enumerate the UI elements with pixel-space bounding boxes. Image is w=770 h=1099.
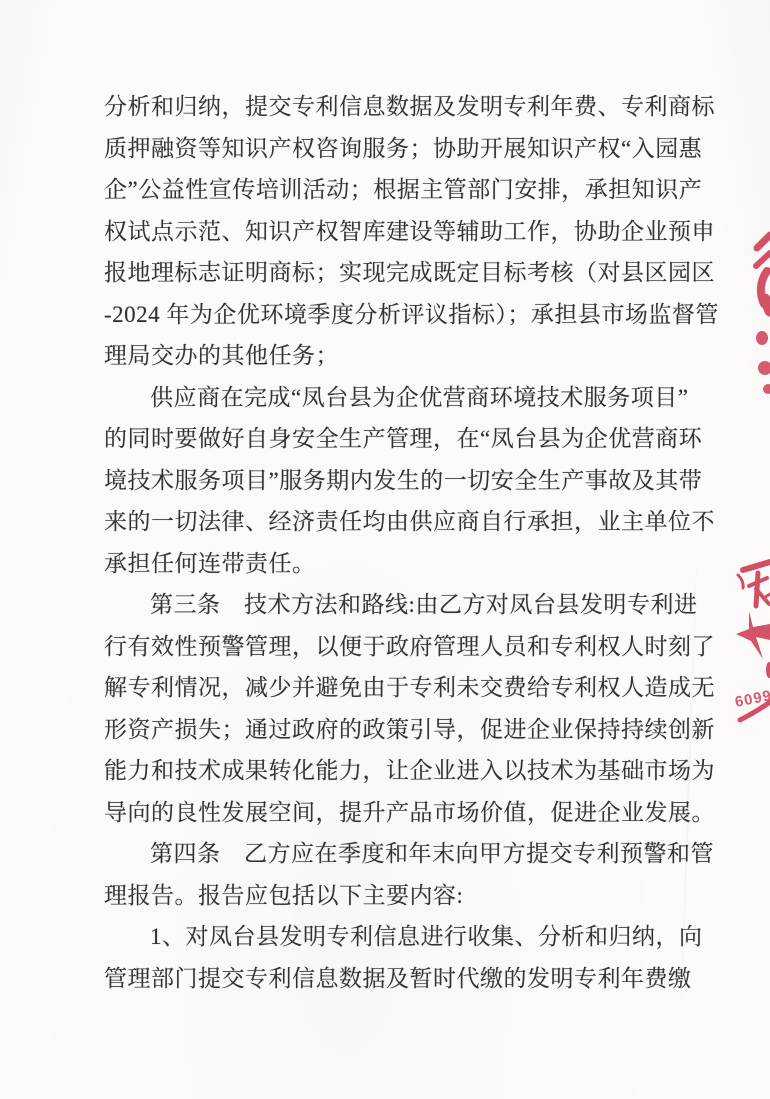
text-line: 质押融资等知识产权咨询服务；协助开展知识产权“入园惠: [104, 128, 704, 170]
seal-serial-number: 6099: [734, 687, 770, 711]
text-line: 的同时要做好自身安全生产管理，在“凤台县为企优营商环: [104, 418, 704, 460]
text-line: 境技术服务项目”服务期内发生的一切安全生产事故及其带: [104, 460, 704, 502]
text-line: 企”公益性宣传培训活动；根据主管部门安排，承担知识产: [104, 169, 704, 211]
seal-star-icon: [736, 611, 770, 678]
text-line: 行有效性预警管理，以便于政府管理人员和专利权人时刻了: [104, 626, 704, 668]
text-line: 1、对凤台县发明专利信息进行收集、分析和归纳，向: [104, 916, 704, 958]
text-line: 报地理标志证明商标；实现完成既定目标考核（对县区园区: [104, 252, 704, 294]
text-line: 形资产损失；通过政府的政策引导，促进企业保持持续创新: [104, 709, 704, 751]
red-seal-fragment-upper: [756, 235, 770, 311]
text-line: -2024 年为企优环境季度分析评议指标）；承担县市场监督管: [104, 294, 704, 336]
text-line: 第四条 乙方应在季度和年末向甲方提交专利预警和管: [104, 833, 704, 875]
seal-ring-arc: [740, 702, 770, 720]
red-seal-fragment-lower: [738, 562, 770, 720]
text-line: 解专利情况，减少并避免由于专利未交费给专利权人造成无: [104, 667, 704, 709]
text-line: 导向的良性发展空间，提升产品市场价值，促进企业发展。: [104, 792, 704, 834]
scanned-contract-page: 分析和归纳，提交专利信息数据及发明专利年费、专利商标 质押融资等知识产权咨询服务…: [0, 0, 770, 1099]
red-seal-fragment-upper-blobs: [756, 331, 770, 394]
text-line: 来的一切法律、经济责任均由供应商自行承担，业主单位不: [104, 501, 704, 543]
text-line: 第三条 技术方法和路线:由乙方对凤台县发明专利进: [104, 584, 704, 626]
text-line: 分析和归纳，提交专利信息数据及发明专利年费、专利商标: [104, 86, 704, 128]
text-line: 供应商在完成“凤台县为企优营商环境技术服务项目”: [104, 377, 704, 419]
text-line: 理局交办的其他任务；: [104, 335, 704, 377]
document-body: 分析和归纳，提交专利信息数据及发明专利年费、专利商标 质押融资等知识产权咨询服务…: [104, 86, 704, 999]
text-line: 理报告。报告应包括以下主要内容:: [104, 875, 704, 917]
text-line: 管理部门提交专利信息数据及暂时代缴的发明专利年费缴: [104, 958, 704, 1000]
text-line: 能力和技术成果转化能力，让企业进入以技术为基础市场为: [104, 750, 704, 792]
text-line: 权试点示范、知识产权智库建设等辅助工作，协助企业预申: [104, 211, 704, 253]
text-line: 承担任何连带责任。: [104, 543, 704, 585]
